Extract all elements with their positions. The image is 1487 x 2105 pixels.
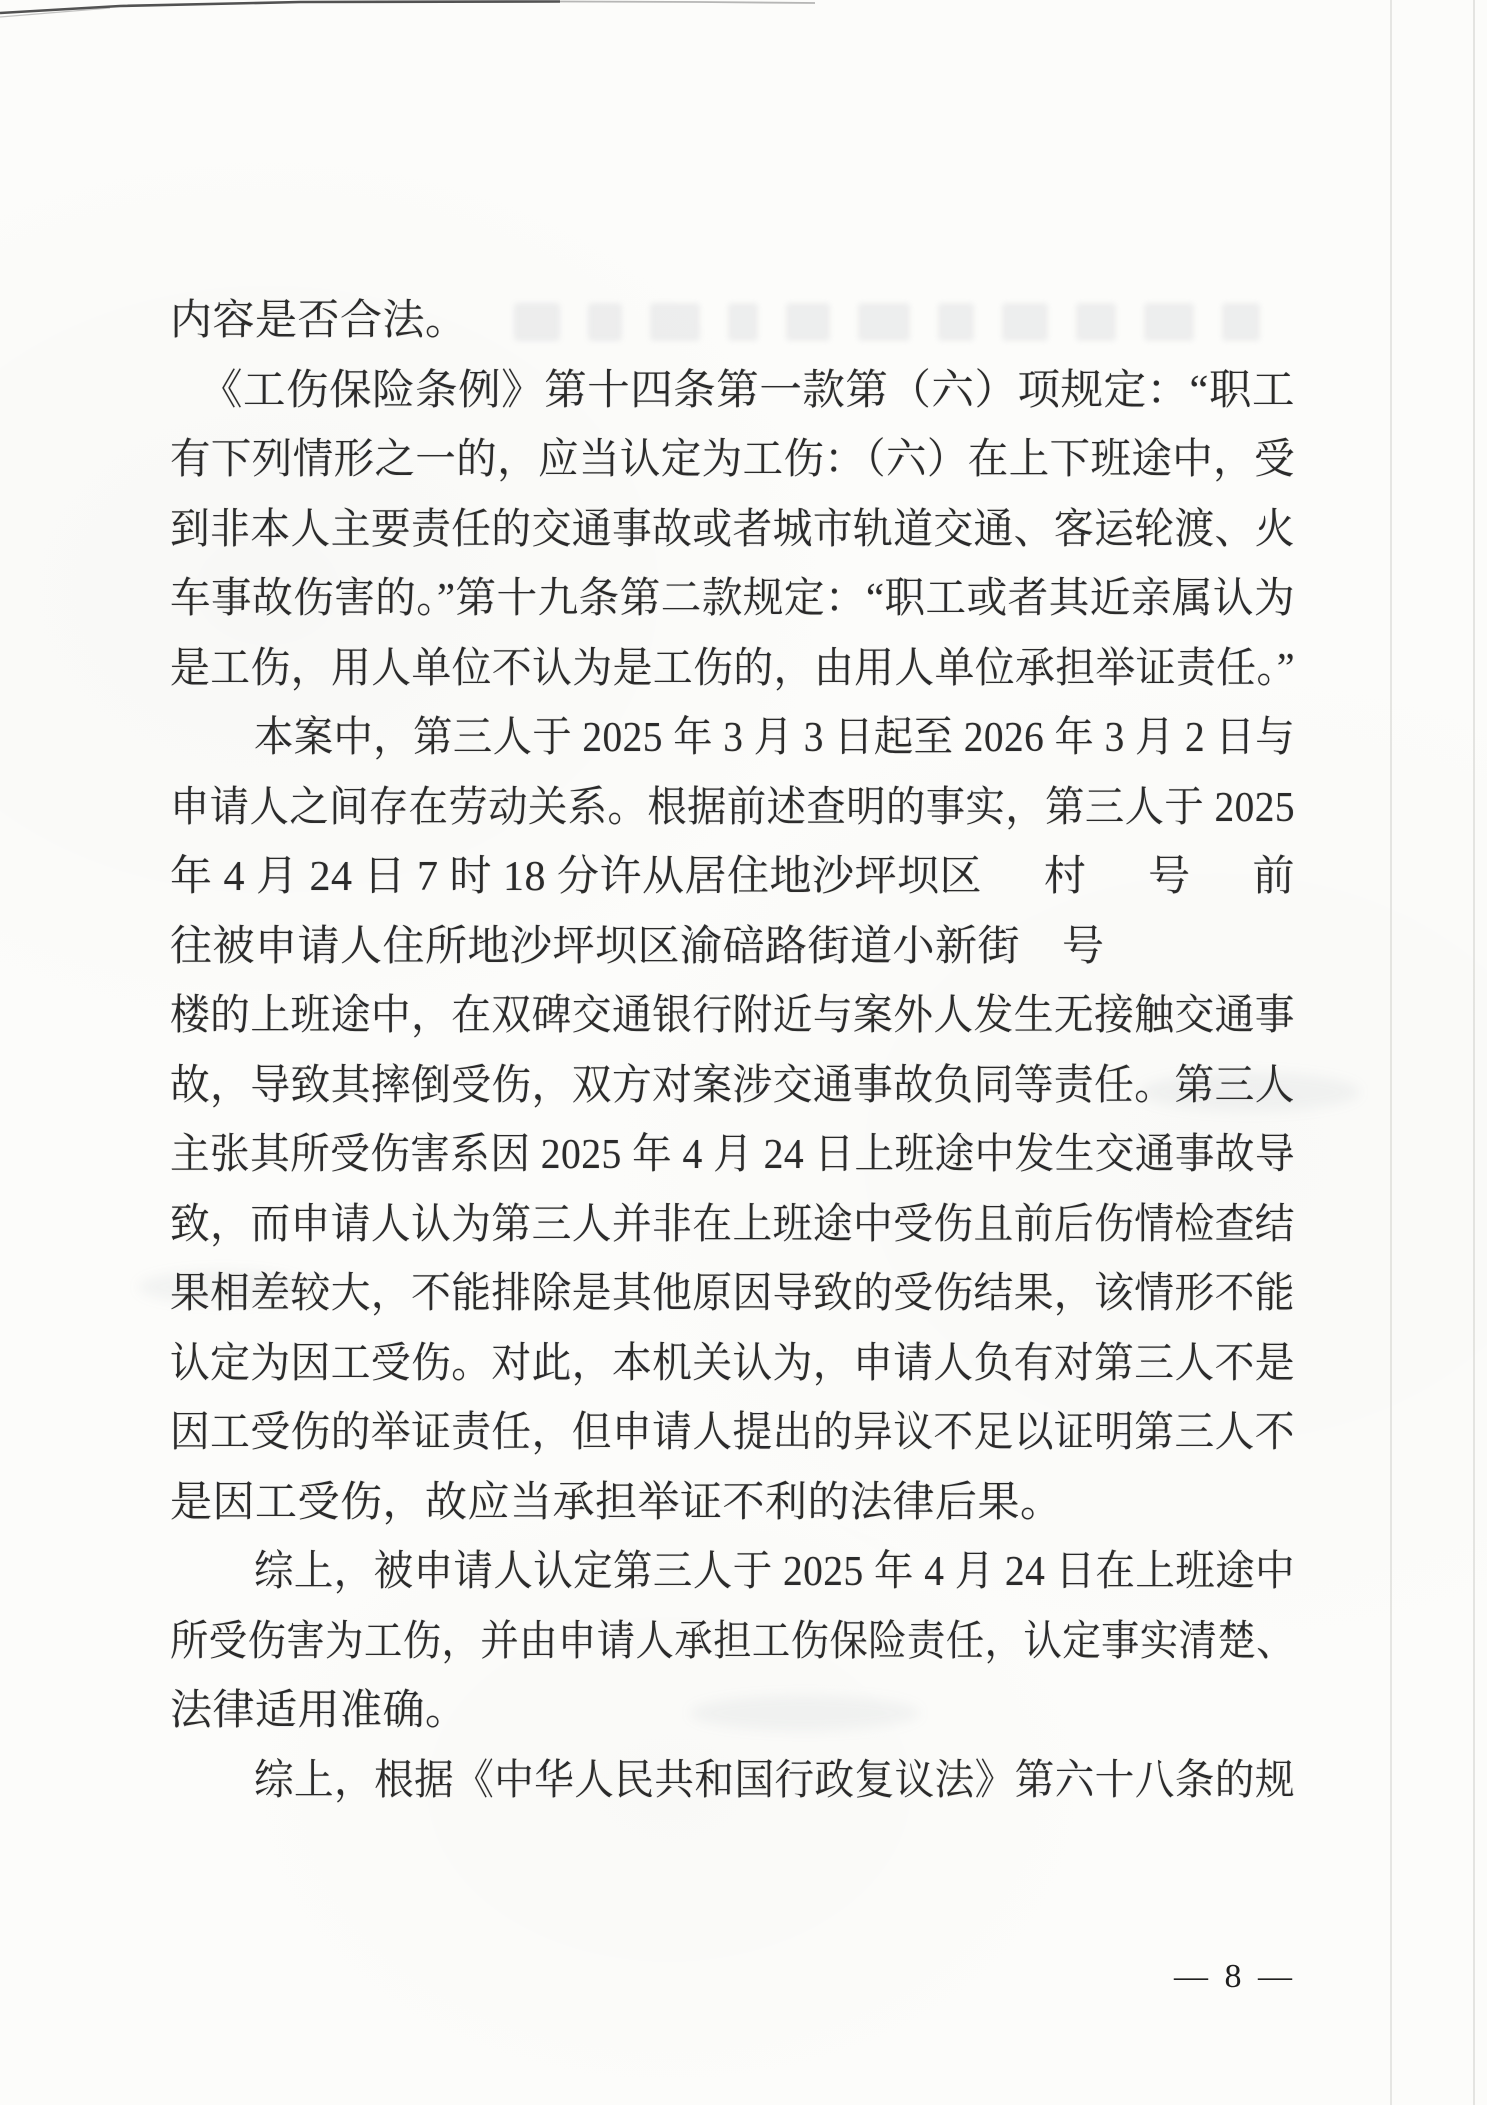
- text-run: 致，而申请人认为第三人并非在上班途中受伤且前后伤情检查结: [170, 1191, 1295, 1261]
- text-line: 有下列情形之一的，应当认定为工伤：（六）在上下班途中，受: [170, 426, 1295, 496]
- text-run: 车事故伤害的。”第十九条第二款规定：“职工或者其近亲属认为: [170, 565, 1295, 635]
- text-line: 是因工受伤，故应当承担举证不利的法律后果。: [170, 1469, 1295, 1539]
- text-line: 申请人之间存在劳动关系。根据前述查明的事实，第三人于 2025: [170, 774, 1295, 844]
- text-line: 致，而申请人认为第三人并非在上班途中受伤且前后伤情检查结: [170, 1191, 1295, 1261]
- text-line: 故，导致其摔倒受伤，双方对案涉交通事故负同等责任。第三人: [170, 1052, 1295, 1122]
- text-segment: 号: [1148, 843, 1191, 913]
- text-run: 法律适用准确。: [170, 1677, 468, 1747]
- text-segment: 村: [1044, 843, 1087, 913]
- text-run: 楼的上班途中，在双碑交通银行附近与案外人发生无接触交通事: [170, 982, 1295, 1052]
- text-run: 认定为因工受伤。对此，本机关认为，申请人负有对第三人不是: [170, 1330, 1295, 1400]
- text-line: 《工伤保险条例》第十四条第一款第（六）项规定：“职工: [170, 357, 1295, 427]
- text-line: 认定为因工受伤。对此，本机关认为，申请人负有对第三人不是: [170, 1330, 1295, 1400]
- text-run: 综上，被申请人认定第三人于 2025 年 4 月 24 日在上班途中: [254, 1538, 1295, 1608]
- text-run: 有下列情形之一的，应当认定为工伤：（六）在上下班途中，受: [170, 426, 1295, 496]
- text-line: 法律适用准确。: [170, 1677, 1295, 1747]
- text-line: 车事故伤害的。”第十九条第二款规定：“职工或者其近亲属认为: [170, 565, 1295, 635]
- text-line: 往被申请人住所地沙坪坝区渝碚路街道小新街号: [170, 913, 1295, 983]
- text-segment: 年 4 月 24 日 7 时 18 分许从居住地沙坪坝区: [170, 843, 982, 913]
- text-line: 内容是否合法。: [170, 287, 1295, 357]
- text-line: 是工伤，用人单位不认为是工伤的，由用人单位承担举证责任。”: [170, 635, 1295, 705]
- paper-edge-line: [1473, 0, 1475, 2105]
- text-run: 果相差较大，不能排除是其他原因导致的受伤结果，该情形不能: [170, 1260, 1295, 1330]
- text-run: 综上，根据《中华人民共和国行政复议法》第六十八条的规: [254, 1747, 1295, 1817]
- text-line: 所受伤害为工伤，并由申请人承担工伤保险责任，认定事实清楚、: [170, 1608, 1295, 1678]
- text-run: 是因工受伤，故应当承担举证不利的法律后果。: [170, 1469, 1063, 1539]
- text-line: 到非本人主要责任的交通事故或者城市轨道交通、客运轮渡、火: [170, 496, 1295, 566]
- text-segment: 往被申请人住所地沙坪坝区渝碚路街道小新街: [170, 913, 1020, 983]
- text-line: 楼的上班途中，在双碑交通银行附近与案外人发生无接触交通事: [170, 982, 1295, 1052]
- text-line: 主张其所受伤害系因 2025 年 4 月 24 日上班途中发生交通事故导: [170, 1121, 1295, 1191]
- text-line: 综上，根据《中华人民共和国行政复议法》第六十八条的规: [170, 1747, 1295, 1817]
- text-run: 故，导致其摔倒受伤，双方对案涉交通事故负同等责任。第三人: [170, 1052, 1295, 1122]
- text-run: 所受伤害为工伤，并由申请人承担工伤保险责任，认定事实清楚、: [170, 1608, 1295, 1678]
- text-run: 申请人之间存在劳动关系。根据前述查明的事实，第三人于 2025: [170, 774, 1295, 844]
- text-line: 因工受伤的举证责任，但申请人提出的异议不足以证明第三人不: [170, 1399, 1295, 1469]
- text-run: 因工受伤的举证责任，但申请人提出的异议不足以证明第三人不: [170, 1399, 1295, 1469]
- text-run: 到非本人主要责任的交通事故或者城市轨道交通、客运轮渡、火: [170, 496, 1295, 566]
- text-run: 《工伤保险条例》第十四条第一款第（六）项规定：“职工: [200, 357, 1295, 427]
- text-run: 本案中，第三人于 2025 年 3 月 3 日起至 2026 年 3 月 2 日…: [254, 704, 1295, 774]
- text-run: 内容是否合法。: [170, 287, 468, 357]
- text-segment: 号: [1062, 913, 1105, 983]
- text-line: 综上，被申请人认定第三人于 2025 年 4 月 24 日在上班途中: [170, 1538, 1295, 1608]
- scanned-document-page: 内容是否合法。《工伤保险条例》第十四条第一款第（六）项规定：“职工有下列情形之一…: [0, 0, 1487, 2105]
- document-body: 内容是否合法。《工伤保险条例》第十四条第一款第（六）项规定：“职工有下列情形之一…: [170, 287, 1295, 1816]
- page-number: — 8 —: [1155, 1958, 1315, 1996]
- text-line: 本案中，第三人于 2025 年 3 月 3 日起至 2026 年 3 月 2 日…: [170, 704, 1295, 774]
- text-run: 是工伤，用人单位不认为是工伤的，由用人单位承担举证责任。”: [170, 635, 1295, 705]
- text-line: 果相差较大，不能排除是其他原因导致的受伤结果，该情形不能: [170, 1260, 1295, 1330]
- scanner-edge-artifact: [0, 0, 1487, 30]
- text-run: 主张其所受伤害系因 2025 年 4 月 24 日上班途中发生交通事故导: [170, 1121, 1295, 1191]
- paper-crease-line: [1390, 0, 1392, 2105]
- text-line: 年 4 月 24 日 7 时 18 分许从居住地沙坪坝区村号前: [170, 843, 1295, 913]
- text-segment: 前: [1252, 843, 1295, 913]
